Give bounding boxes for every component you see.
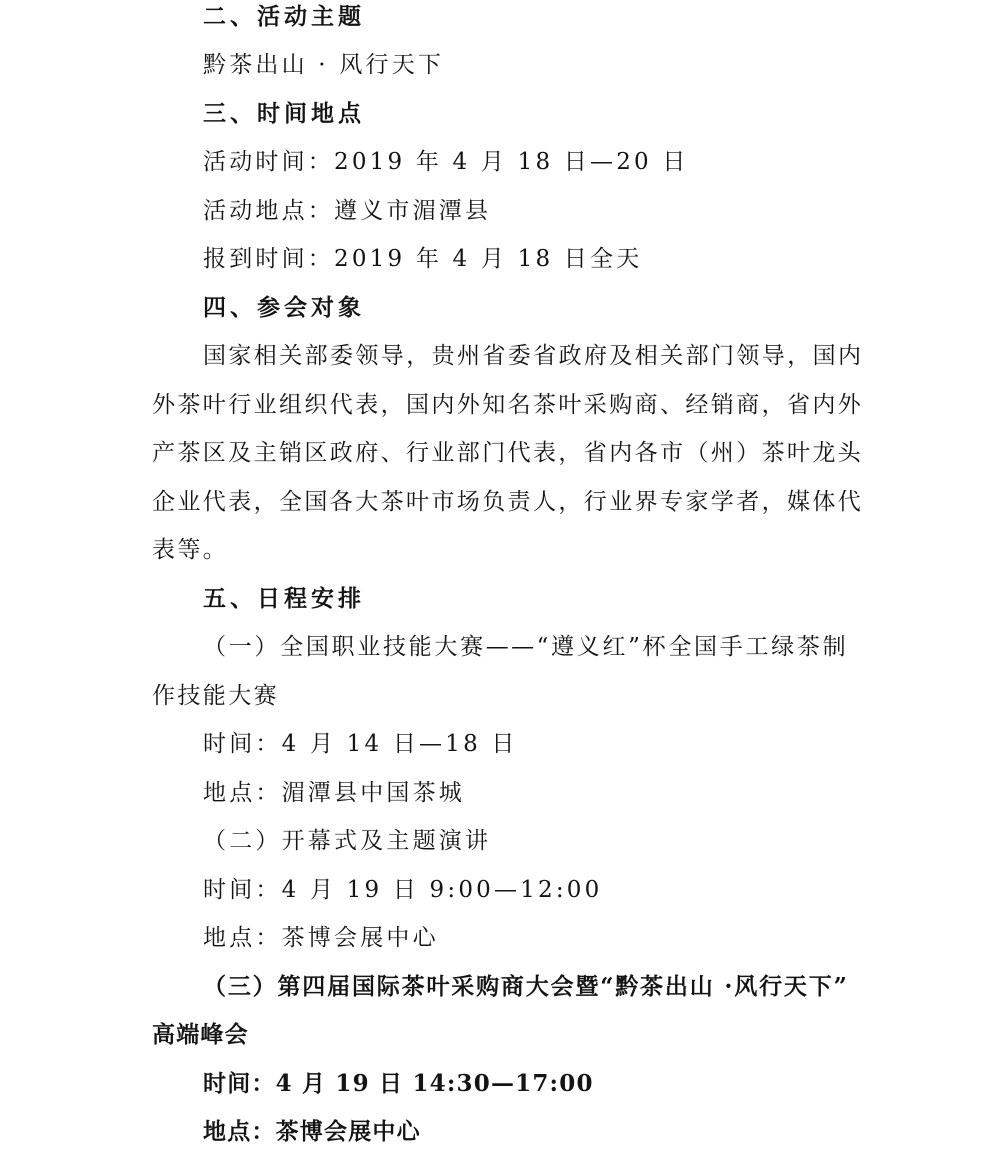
event-2-place: 地点：茶博会展中心 bbox=[203, 923, 848, 953]
section-heading-theme: 二、活动主题 bbox=[203, 2, 848, 32]
section-heading-schedule: 五、日程安排 bbox=[203, 584, 848, 614]
event-2-time: 时间：4 月 19 日 9:00—12:00 bbox=[203, 875, 848, 905]
event-1-title-continued: 作技能大赛 bbox=[152, 681, 848, 711]
event-3-title: （三）第四届国际茶叶采购商大会暨“黔茶出山 ·风行天下” bbox=[203, 972, 848, 1002]
section-heading-time-place: 三、时间地点 bbox=[203, 99, 848, 129]
event-1-time: 时间：4 月 14 日—18 日 bbox=[203, 729, 848, 759]
section-heading-attendees: 四、参会对象 bbox=[203, 293, 848, 323]
attendees-paragraph-line: 表等。 bbox=[152, 535, 848, 565]
event-3-time: 时间：4 月 19 日 14:30—17:00 bbox=[203, 1069, 848, 1099]
registration-time: 报到时间：2019 年 4 月 18 日全天 bbox=[203, 244, 848, 274]
document-page: 二、活动主题 黔茶出山 · 风行天下 三、时间地点 活动时间：2019 年 4 … bbox=[0, 0, 1000, 1162]
activity-time: 活动时间：2019 年 4 月 18 日—20 日 bbox=[203, 147, 848, 177]
attendees-paragraph-line: 国家相关部委领导，贵州省委省政府及相关部门领导，国内 bbox=[203, 341, 848, 371]
event-2-title: （二）开幕式及主题演讲 bbox=[203, 826, 848, 856]
event-1-place: 地点：湄潭县中国茶城 bbox=[203, 778, 848, 808]
theme-text: 黔茶出山 · 风行天下 bbox=[203, 50, 848, 80]
event-1-title: （一）全国职业技能大赛——“遵义红”杯全国手工绿茶制 bbox=[203, 632, 848, 662]
attendees-paragraph-line: 企业代表，全国各大茶叶市场负责人，行业界专家学者，媒体代 bbox=[152, 487, 848, 517]
attendees-paragraph-line: 产茶区及主销区政府、行业部门代表，省内各市（州）茶叶龙头 bbox=[152, 438, 848, 468]
attendees-paragraph-line: 外茶叶行业组织代表，国内外知名茶叶采购商、经销商，省内外 bbox=[152, 390, 848, 420]
event-3-place: 地点：茶博会展中心 bbox=[203, 1117, 848, 1147]
activity-place: 活动地点：遵义市湄潭县 bbox=[203, 196, 848, 226]
event-3-title-continued: 高端峰会 bbox=[152, 1020, 848, 1050]
